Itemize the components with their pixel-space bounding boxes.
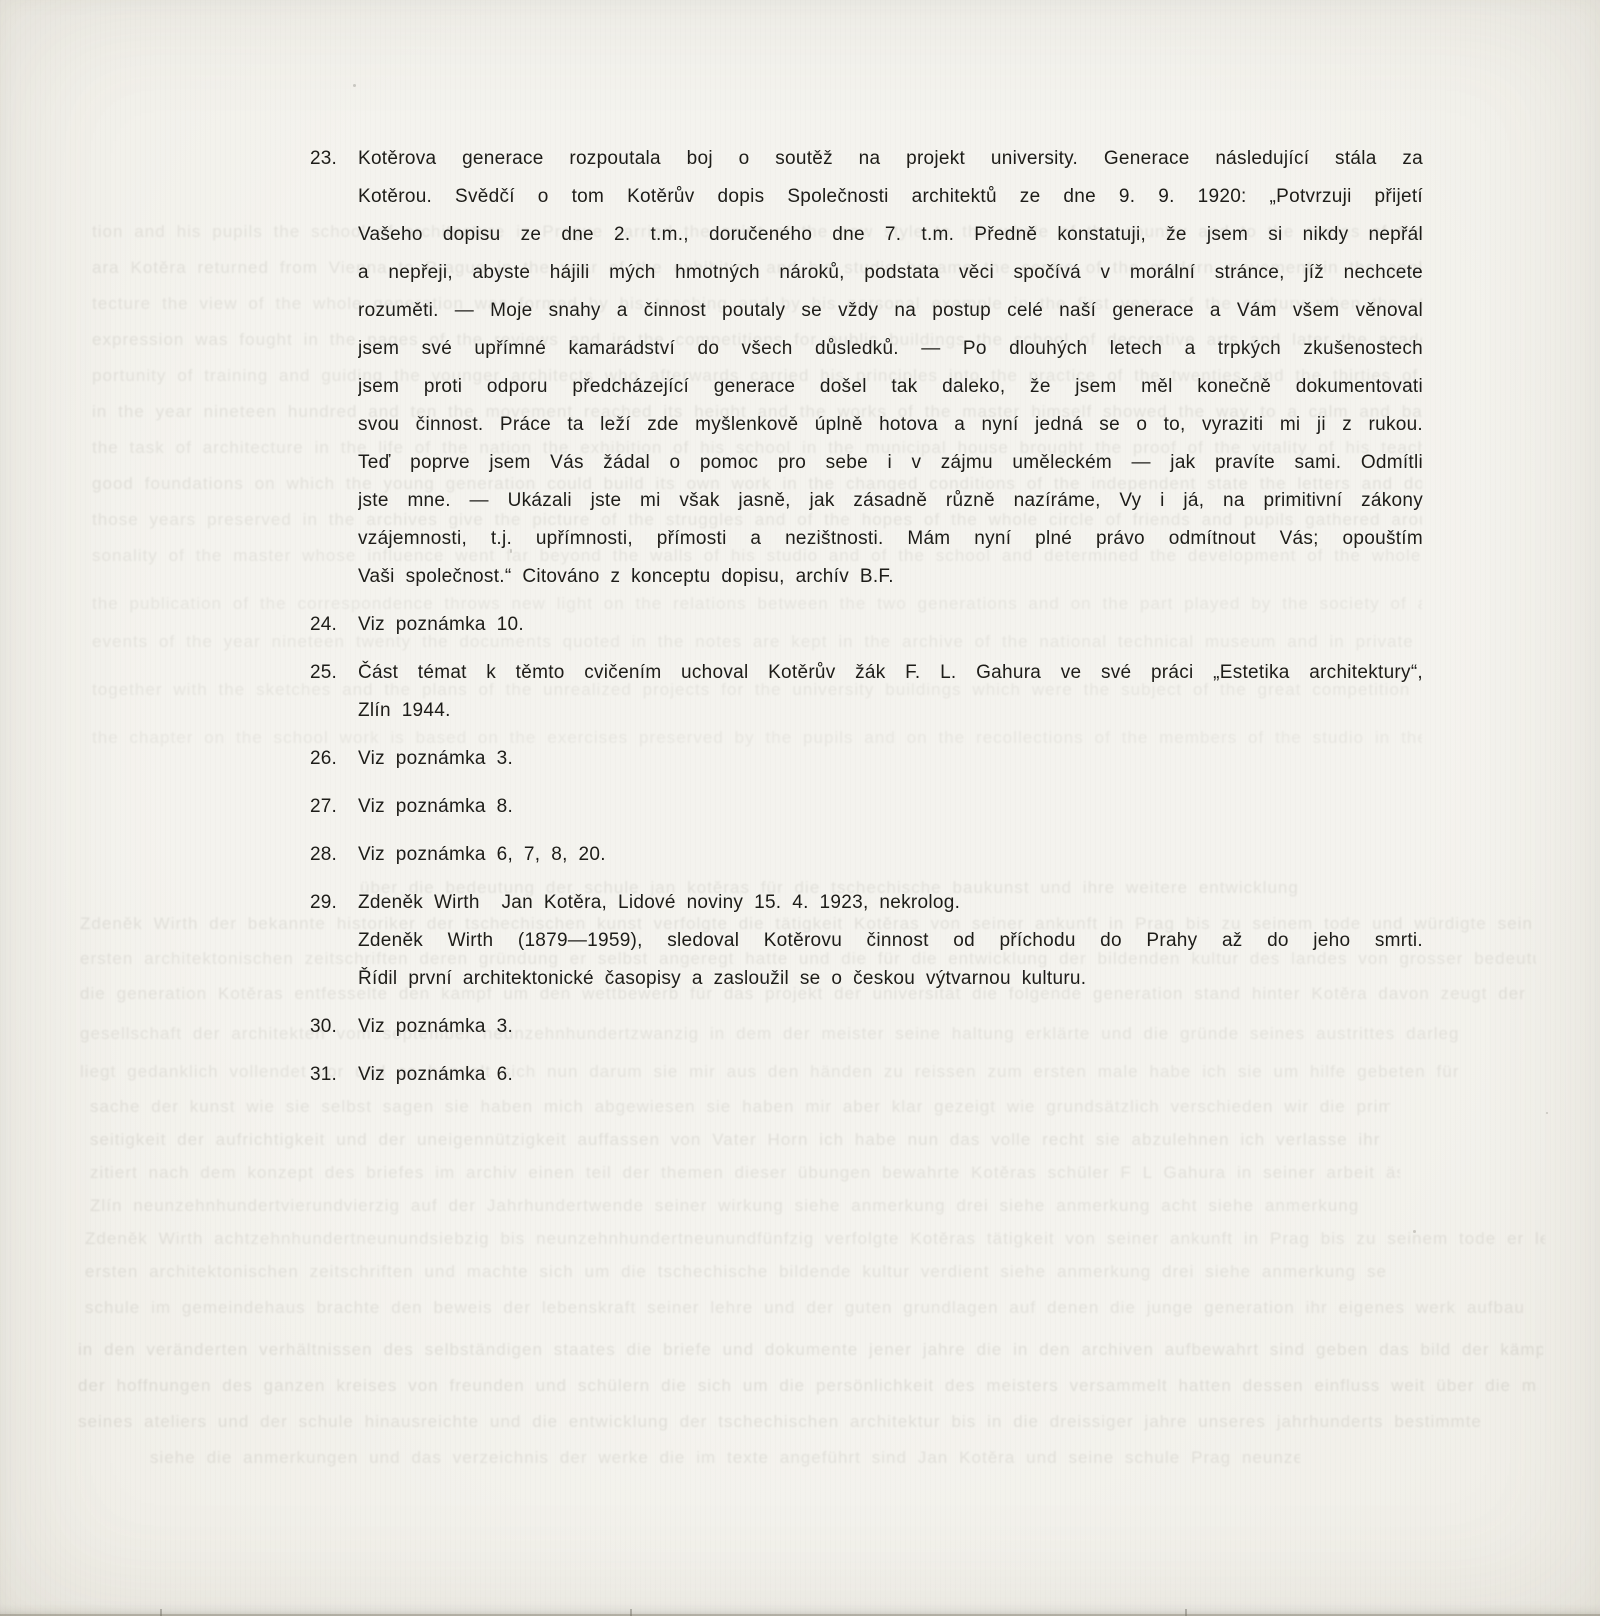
note-line: rozuměti. — Moje snahy a činnost poutaly… xyxy=(358,292,1423,330)
note-text: Část témat k těmto cvičením uchoval Kotě… xyxy=(358,654,1423,730)
note-item: 30.Viz poznámka 3. xyxy=(310,1008,1423,1046)
note-line: Kotěrova generace rozpoutala boj o soutě… xyxy=(358,140,1423,178)
note-text: Kotěrova generace rozpoutala boj o soutě… xyxy=(358,140,1423,596)
note-line: Viz poznámka 3. xyxy=(358,740,1423,778)
note-number: 26. xyxy=(310,740,358,778)
note-text: Zdeněk Wirth Jan Kotěra, Lidové noviny 1… xyxy=(358,884,1423,998)
page-edge-mark xyxy=(630,1609,632,1616)
note-text: Viz poznámka 3. xyxy=(358,1008,1423,1046)
book-page: tion and his pupils the school of archit… xyxy=(0,0,1600,1616)
paper-speck xyxy=(510,549,512,553)
note-line: Kotěrou. Svědčí o tom Kotěrův dopis Spol… xyxy=(358,178,1423,216)
note-line: Viz poznámka 8. xyxy=(358,788,1423,826)
note-line: Viz poznámka 10. xyxy=(358,606,1423,644)
endnotes-list: 23.Kotěrova generace rozpoutala boj o so… xyxy=(310,140,1423,1094)
note-number: 24. xyxy=(310,606,358,644)
note-line: a nepřeji, abyste hájili mých hmotných n… xyxy=(358,254,1423,292)
note-number: 25. xyxy=(310,654,358,730)
ghost-text-line: seitigkeit der aufrichtigkeit und der un… xyxy=(90,1128,1380,1152)
note-number: 29. xyxy=(310,884,358,998)
paper-speck xyxy=(353,84,356,87)
note-line: Viz poznámka 6, 7, 8, 20. xyxy=(358,836,1423,874)
note-text: Viz poznámka 3. xyxy=(358,740,1423,778)
note-line: jste mne. — Ukázali jste mi však jasně, … xyxy=(358,482,1423,520)
ghost-text-line: Zlín neunzehnhundertvierundvierzig auf d… xyxy=(90,1194,1370,1218)
note-line: vzájemnosti, t.j. upřímnosti, přímosti a… xyxy=(358,520,1423,558)
ghost-text-line: sache der kunst wie sie selbst sagen sie… xyxy=(90,1095,1390,1119)
note-line: Zlín 1944. xyxy=(358,692,1423,730)
note-item: 31.Viz poznámka 6. xyxy=(310,1056,1423,1094)
ghost-text-line: siehe die anmerkungen und das verzeichni… xyxy=(150,1446,1300,1470)
page-edge-mark xyxy=(160,1609,162,1616)
note-text: Viz poznámka 10. xyxy=(358,606,1423,644)
note-item: 29.Zdeněk Wirth Jan Kotěra, Lidové novin… xyxy=(310,884,1423,998)
page-edge-mark xyxy=(1185,1609,1187,1616)
ghost-text-line: seines ateliers und der schule hinausrei… xyxy=(78,1410,1513,1434)
note-number: 30. xyxy=(310,1008,358,1046)
note-item: 23.Kotěrova generace rozpoutala boj o so… xyxy=(310,140,1423,596)
note-item: 26.Viz poznámka 3. xyxy=(310,740,1423,778)
note-line: Vaši společnost.“ Citováno z konceptu do… xyxy=(358,558,1423,596)
note-item: 28.Viz poznámka 6, 7, 8, 20. xyxy=(310,836,1423,874)
ghost-text-line: schule im gemeindehaus brachte den bewei… xyxy=(85,1296,1525,1320)
paper-speck xyxy=(1546,1112,1548,1114)
note-line: Řídil první architektonické časopisy a z… xyxy=(358,960,1423,998)
note-line: jsem své upřímné kamarádství do všech dů… xyxy=(358,330,1423,368)
note-number: 31. xyxy=(310,1056,358,1094)
note-line: svou činnost. Práce ta leží zde myšlenko… xyxy=(358,406,1423,444)
ghost-text-line: ersten architektonischen zeitschriften u… xyxy=(85,1260,1385,1284)
paper-speck xyxy=(1413,1230,1416,1233)
note-line: Viz poznámka 6. xyxy=(358,1056,1423,1094)
note-text: Viz poznámka 6. xyxy=(358,1056,1423,1094)
ghost-text-line: Zdeněk Wirth achtzehnhundertneunundsiebz… xyxy=(85,1227,1545,1251)
note-number: 23. xyxy=(310,140,358,596)
note-item: 24.Viz poznámka 10. xyxy=(310,606,1423,644)
note-line: Zdeněk Wirth (1879—1959), sledoval Kotěr… xyxy=(358,922,1423,960)
note-text: Viz poznámka 8. xyxy=(358,788,1423,826)
note-item: 25.Část témat k těmto cvičením uchoval K… xyxy=(310,654,1423,730)
note-line: Vašeho dopisu ze dne 2. t.m., doručeného… xyxy=(358,216,1423,254)
note-line: jsem proti odporu předcházející generace… xyxy=(358,368,1423,406)
note-number: 28. xyxy=(310,836,358,874)
ghost-text-line: in den veränderten verhältnissen des sel… xyxy=(78,1338,1543,1362)
ghost-text-line: der hoffnungen des ganzen kreises von fr… xyxy=(78,1374,1538,1398)
note-line: Teď poprve jsem Vás žádal o pomoc pro se… xyxy=(358,444,1423,482)
note-item: 27.Viz poznámka 8. xyxy=(310,788,1423,826)
note-line: Zdeněk Wirth Jan Kotěra, Lidové noviny 1… xyxy=(358,884,1423,922)
note-line: Viz poznámka 3. xyxy=(358,1008,1423,1046)
note-text: Viz poznámka 6, 7, 8, 20. xyxy=(358,836,1423,874)
note-line: Část témat k těmto cvičením uchoval Kotě… xyxy=(358,654,1423,692)
note-number: 27. xyxy=(310,788,358,826)
page-bottom-edge xyxy=(0,1604,1600,1616)
ghost-text-line: zitiert nach dem konzept des briefes im … xyxy=(90,1161,1400,1185)
